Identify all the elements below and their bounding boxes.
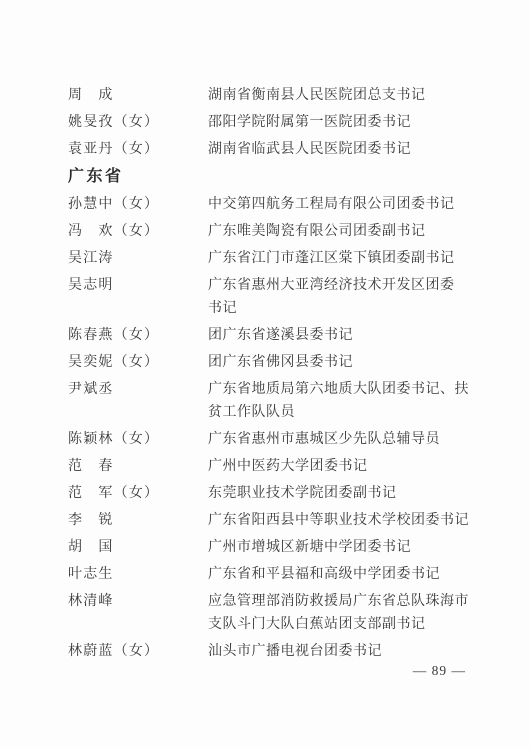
person-title-line: 团广东省佛冈县委书记 [208, 351, 470, 374]
person-name-text: 尹斌丞 [68, 382, 114, 397]
roster-row: 李 锐 广东省阳西县中等职业技术学校团委书记 [68, 509, 470, 532]
person-title: 广州中医药大学团委书记 [208, 455, 470, 478]
person-name: 吴志明 [68, 274, 208, 297]
person-name-text: 袁亚丹 [68, 142, 114, 157]
person-name: 孙慧中（女） [68, 193, 208, 216]
person-title-line: 湖南省衡南县人民医院团总支书记 [208, 84, 470, 107]
person-title: 湖南省衡南县人民医院团总支书记 [208, 84, 470, 107]
gender-note: （女） [114, 224, 160, 239]
roster-row: 吴江涛 广东省江门市蓬江区棠下镇团委副书记 [68, 247, 470, 270]
roster-row: 范 春 广州中医药大学团委书记 [68, 455, 470, 478]
person-name-text: 范 春 [68, 459, 114, 474]
person-name: 吴奕妮（女） [68, 351, 208, 374]
roster-row: 周 成 湖南省衡南县人民医院团总支书记 [68, 84, 470, 107]
roster-row: 吴志明 广东省惠州大亚湾经济技术开发区团委书记 [68, 274, 470, 320]
person-name-text: 林清峰 [68, 594, 114, 609]
person-name: 林蔚蓝（女） [68, 640, 208, 663]
person-name: 陈颖林（女） [68, 428, 208, 451]
roster-row: 尹斌丞 广东省地质局第六地质大队团委书记、扶贫工作队队员 [68, 378, 470, 424]
gender-note: （女） [114, 142, 160, 157]
person-title-line: 广东省地质局第六地质大队团委书记、扶 [208, 378, 470, 401]
person-title: 广东省江门市蓬江区棠下镇团委副书记 [208, 247, 470, 270]
person-name-text: 林蔚蓝 [68, 644, 114, 659]
person-title: 团广东省遂溪县委书记 [208, 324, 470, 347]
person-name: 陈春燕（女） [68, 324, 208, 347]
person-title: 邵阳学院附属第一医院团委书记 [208, 111, 470, 134]
roster-row: 孙慧中（女） 中交第四航务工程局有限公司团委书记 [68, 193, 470, 216]
person-name-text: 陈春燕 [68, 328, 114, 343]
person-title-line: 邵阳学院附属第一医院团委书记 [208, 111, 470, 134]
person-title-line: 应急管理部消防救援局广东省总队珠海市 [208, 590, 470, 613]
person-name: 周 成 [68, 84, 208, 107]
gender-note: （女） [114, 355, 160, 370]
person-name: 冯 欢（女） [68, 220, 208, 243]
person-name: 姚旻孜（女） [68, 111, 208, 134]
roster-row: 叶志生 广东省和平县福和高级中学团委书记 [68, 563, 470, 586]
person-title: 东莞职业技术学院团委副书记 [208, 482, 470, 505]
person-name: 胡 国 [68, 536, 208, 559]
person-name: 尹斌丞 [68, 378, 208, 401]
person-title-line: 湖南省临武县人民医院团委书记 [208, 138, 470, 161]
person-title-line: 广东唯美陶瓷有限公司团委副书记 [208, 220, 470, 243]
person-title-line: 支队斗门大队白蕉站团支部副书记 [208, 613, 470, 636]
person-name-text: 吴志明 [68, 278, 114, 293]
person-title-line: 广东省和平县福和高级中学团委书记 [208, 563, 470, 586]
person-name-text: 孙慧中 [68, 197, 114, 212]
person-name: 范 春 [68, 455, 208, 478]
person-title-line: 广州中医药大学团委书记 [208, 455, 470, 478]
person-title: 湖南省临武县人民医院团委书记 [208, 138, 470, 161]
person-name-text: 吴奕妮 [68, 355, 114, 370]
roster-row: 吴奕妮（女） 团广东省佛冈县委书记 [68, 351, 470, 374]
gender-note: （女） [114, 328, 160, 343]
gender-note: （女） [114, 197, 160, 212]
roster-row: 胡 国 广州市增城区新塘中学团委书记 [68, 536, 470, 559]
roster-row: 冯 欢（女） 广东唯美陶瓷有限公司团委副书记 [68, 220, 470, 243]
person-title-line: 广东省惠州市惠城区少先队总辅导员 [208, 428, 470, 451]
person-name-text: 李 锐 [68, 513, 114, 528]
roster-row: 陈颖林（女） 广东省惠州市惠城区少先队总辅导员 [68, 428, 470, 451]
person-title: 汕头市广播电视台团委书记 [208, 640, 470, 663]
person-name: 范 军（女） [68, 482, 208, 505]
section-header: 广东省 [68, 165, 470, 189]
roster-row: 袁亚丹（女） 湖南省临武县人民医院团委书记 [68, 138, 470, 161]
person-title: 广东省惠州大亚湾经济技术开发区团委书记 [208, 274, 470, 320]
person-title-line: 汕头市广播电视台团委书记 [208, 640, 470, 663]
roster-row: 范 军（女） 东莞职业技术学院团委副书记 [68, 482, 470, 505]
person-name: 吴江涛 [68, 247, 208, 270]
person-name: 袁亚丹（女） [68, 138, 208, 161]
person-title-line: 广东省阳西县中等职业技术学校团委书记 [208, 509, 470, 532]
person-title-line: 团广东省遂溪县委书记 [208, 324, 470, 347]
person-title-line: 东莞职业技术学院团委副书记 [208, 482, 470, 505]
roster-row: 陈春燕（女） 团广东省遂溪县委书记 [68, 324, 470, 347]
page-number: — 89 — [413, 663, 466, 679]
person-name-text: 胡 国 [68, 540, 114, 555]
person-title: 广东省地质局第六地质大队团委书记、扶贫工作队队员 [208, 378, 470, 424]
roster-row: 林蔚蓝（女） 汕头市广播电视台团委书记 [68, 640, 470, 663]
person-title-line: 广东省惠州大亚湾经济技术开发区团委 [208, 274, 470, 297]
roster-list: 周 成 湖南省衡南县人民医院团总支书记 姚旻孜（女） 邵阳学院附属第一医院团委书… [68, 84, 470, 667]
person-name: 李 锐 [68, 509, 208, 532]
gender-note: （女） [114, 486, 160, 501]
document-page: 周 成 湖南省衡南县人民医院团总支书记 姚旻孜（女） 邵阳学院附属第一医院团委书… [0, 0, 530, 748]
gender-note: （女） [114, 644, 160, 659]
gender-note: （女） [114, 432, 160, 447]
person-title: 广东省阳西县中等职业技术学校团委书记 [208, 509, 470, 532]
person-title: 中交第四航务工程局有限公司团委书记 [208, 193, 470, 216]
person-name-text: 范 军 [68, 486, 114, 501]
roster-row: 林清峰 应急管理部消防救援局广东省总队珠海市支队斗门大队白蕉站团支部副书记 [68, 590, 470, 636]
person-name: 叶志生 [68, 563, 208, 586]
person-title: 广东省和平县福和高级中学团委书记 [208, 563, 470, 586]
person-name-text: 姚旻孜 [68, 115, 114, 130]
person-title-line: 广东省江门市蓬江区棠下镇团委副书记 [208, 247, 470, 270]
person-title: 广州市增城区新塘中学团委书记 [208, 536, 470, 559]
person-title: 广东唯美陶瓷有限公司团委副书记 [208, 220, 470, 243]
person-name-text: 冯 欢 [68, 224, 114, 239]
person-name: 林清峰 [68, 590, 208, 613]
person-title-line: 中交第四航务工程局有限公司团委书记 [208, 193, 470, 216]
person-title-line: 贫工作队队员 [208, 401, 470, 424]
person-title-line: 广州市增城区新塘中学团委书记 [208, 536, 470, 559]
person-name-text: 陈颖林 [68, 432, 114, 447]
person-name-text: 叶志生 [68, 567, 114, 582]
gender-note: （女） [114, 115, 160, 130]
section-header-label: 广东省 [68, 168, 124, 185]
person-title-line: 书记 [208, 297, 470, 320]
person-title: 团广东省佛冈县委书记 [208, 351, 470, 374]
person-title: 应急管理部消防救援局广东省总队珠海市支队斗门大队白蕉站团支部副书记 [208, 590, 470, 636]
person-title: 广东省惠州市惠城区少先队总辅导员 [208, 428, 470, 451]
person-name-text: 周 成 [68, 88, 114, 103]
roster-row: 姚旻孜（女） 邵阳学院附属第一医院团委书记 [68, 111, 470, 134]
person-name-text: 吴江涛 [68, 251, 114, 266]
